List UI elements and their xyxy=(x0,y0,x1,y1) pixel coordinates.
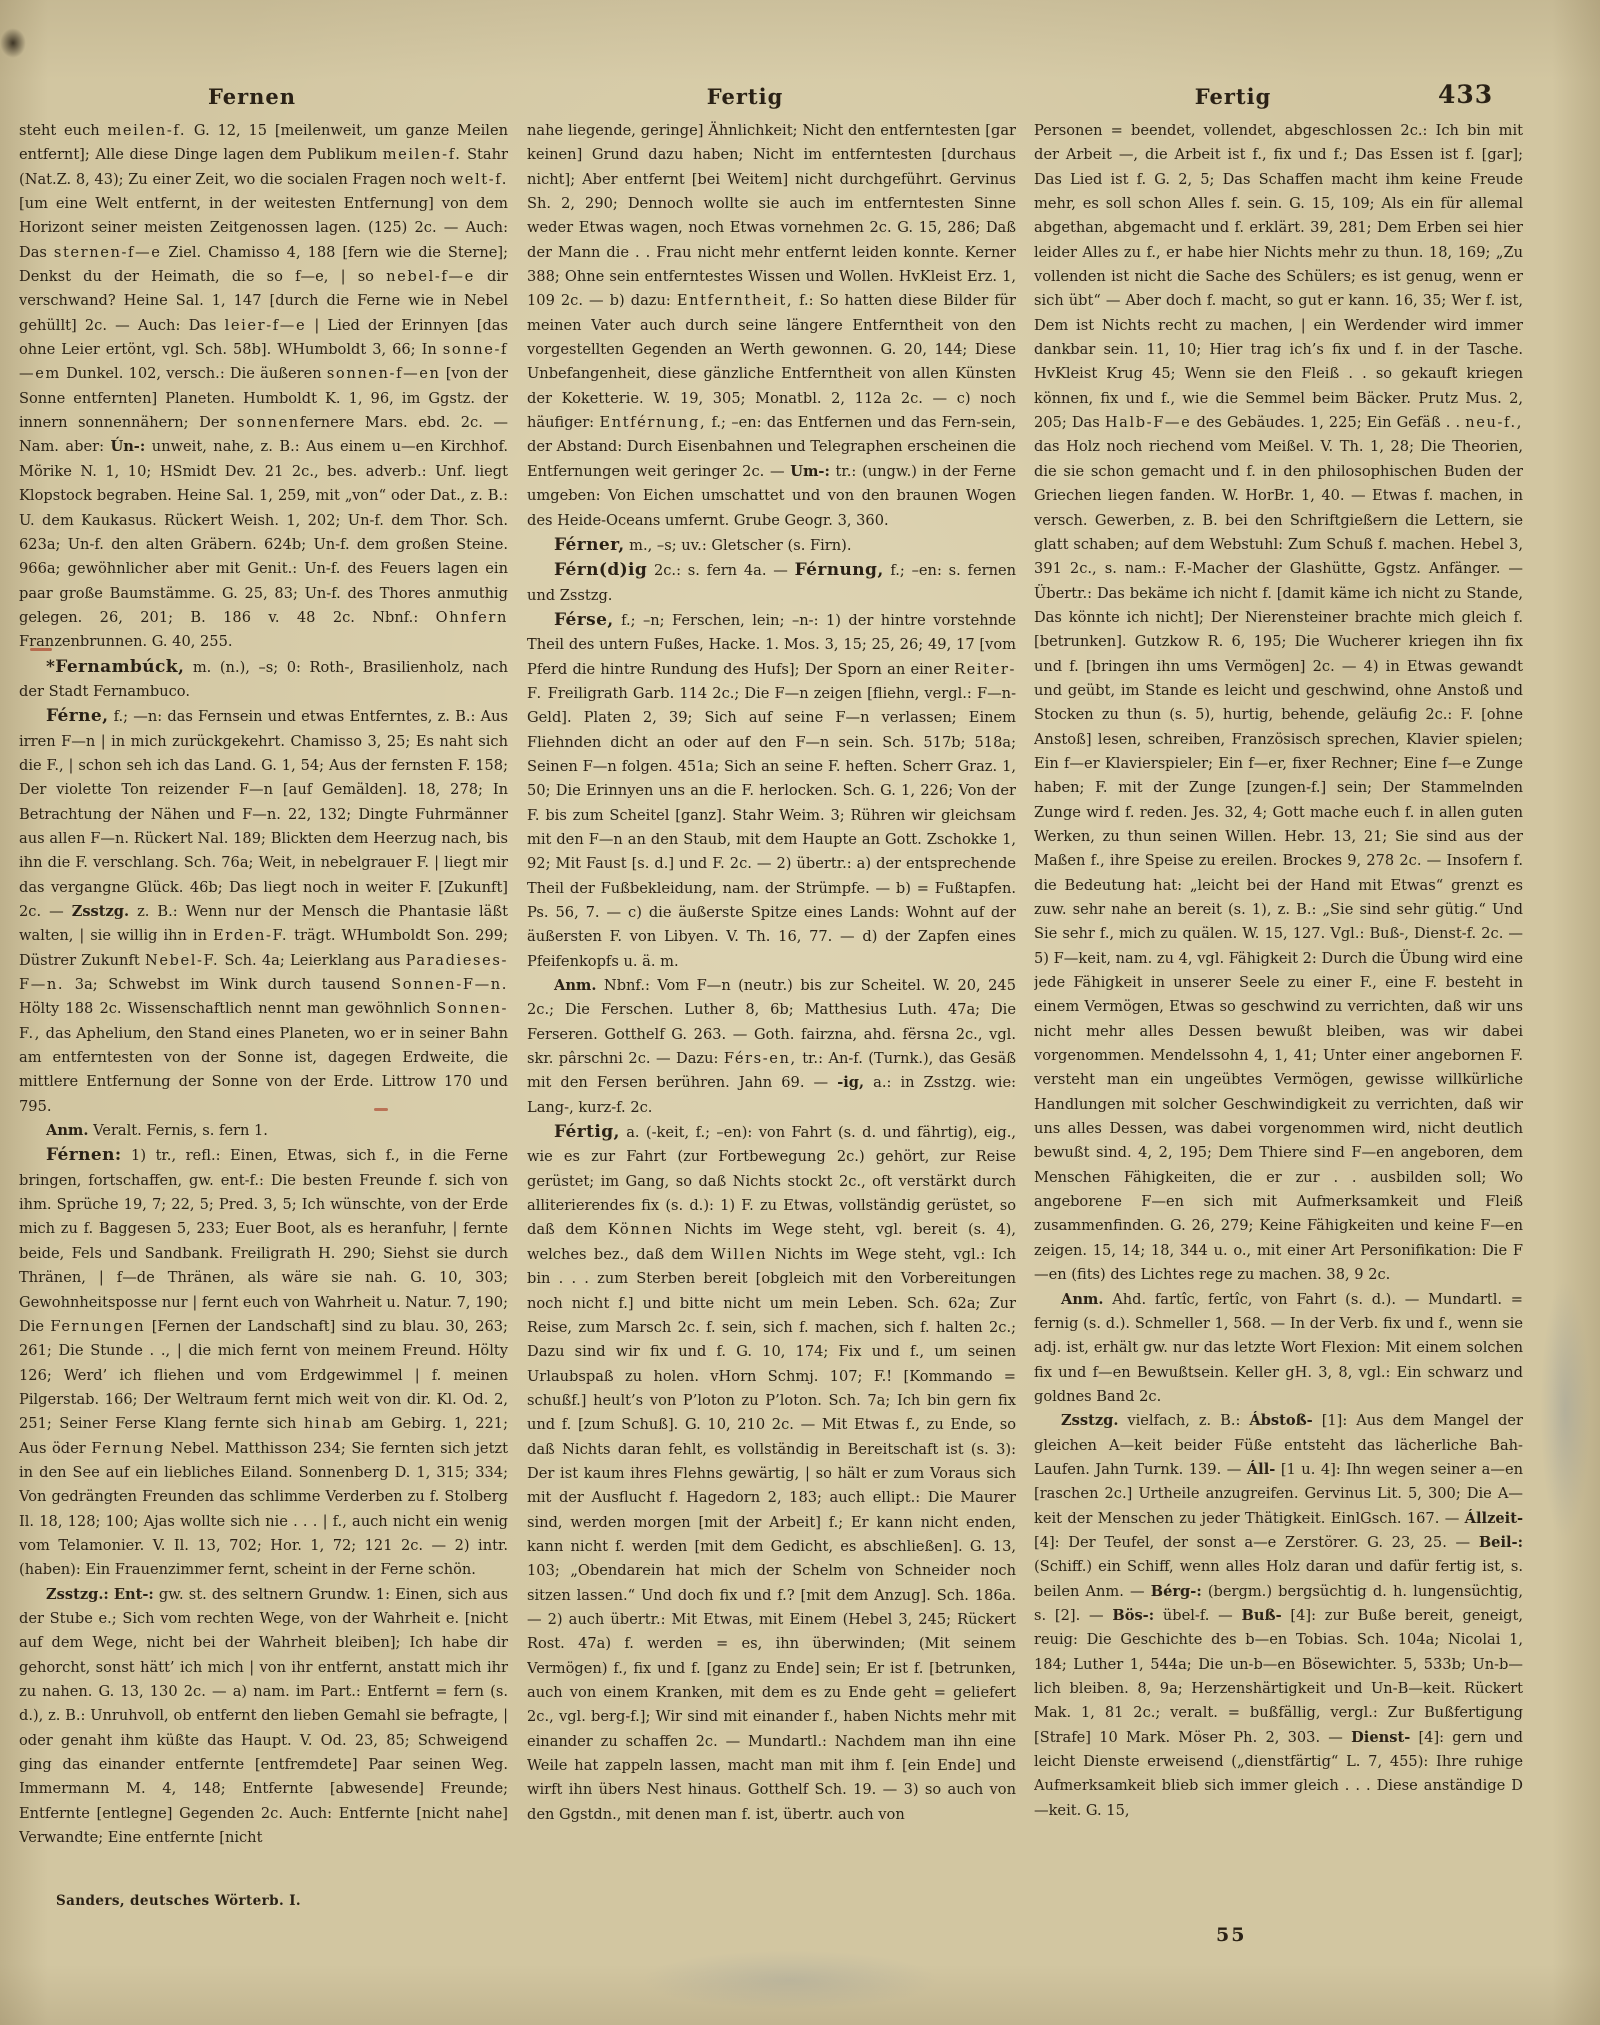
entry-text: Buß- xyxy=(1242,1607,1282,1624)
entry-text: Ún-: xyxy=(110,438,145,455)
entry-text: Entferntheit, xyxy=(677,292,793,309)
entry-text: übel-f. — xyxy=(1154,1607,1241,1624)
dictionary-paragraph: Férne, f.; —n: das Fernsein und etwas En… xyxy=(19,704,508,1119)
entry-text: -ig, xyxy=(837,1074,864,1091)
entry-text: Entférnung, xyxy=(599,414,706,431)
dictionary-paragraph: steht euch meilen-f. G. 12, 15 [meilenwe… xyxy=(19,119,508,655)
printer-signature: Sanders, deutsches Wörterb. I. xyxy=(56,1893,301,1909)
entry-headword: Férner, xyxy=(554,535,625,555)
entry-text: meilen-f. xyxy=(107,122,186,139)
entry-text: meilen-f. xyxy=(383,146,462,163)
entry-text: Hölty 188 2c. Wissenschaftlich nennt man… xyxy=(19,1000,436,1017)
entry-text: leier-f—e xyxy=(225,317,307,334)
entry-text: Nichts im Wege steht, vgl.: Ich bin . . … xyxy=(527,1246,1016,1823)
entry-text: Ahd. fartîc, fertîc, von Fahrt (s. d.). … xyxy=(1034,1291,1523,1405)
entry-text: Nebel-F. xyxy=(145,952,219,969)
entry-text: sternen-f—e xyxy=(54,244,162,261)
entry-text: Personen = beendet, vollendet, abgeschlo… xyxy=(1034,122,1523,431)
entry-text: Erden-F. xyxy=(213,927,288,944)
running-head: Fernen Fertig Fertig 433 xyxy=(0,84,1600,118)
entry-text: Können xyxy=(608,1221,674,1238)
entry-text: f.: So hatten diese Bilder für meinen Va… xyxy=(527,292,1016,431)
entry-text: Halb-F—e xyxy=(1105,414,1192,431)
entry-text: vielfach, z. B.: xyxy=(1118,1412,1249,1429)
entry-text: hinab xyxy=(304,1415,354,1432)
entry-text: Bérg-: xyxy=(1151,1583,1202,1600)
dictionary-paragraph: Férse, f.; –n; Ferschen, lein; –n-: 1) d… xyxy=(527,608,1016,974)
entry-text: 3a; Schwebst im Wink durch tausend xyxy=(64,976,391,993)
paper-stain xyxy=(1540,1280,1590,1540)
entry-text: Veralt. Fernis, s. fern 1. xyxy=(88,1122,267,1139)
dictionary-paragraph: Férnen: 1) tr., refl.: Einen, Etwas, sic… xyxy=(19,1143,508,1582)
entry-text: welt-f. xyxy=(451,171,508,188)
entry-text: Sch. 4a; Leierklang aus xyxy=(219,952,405,969)
entry-text: Zsstzg. xyxy=(1061,1412,1118,1429)
entry-text: Beil-: xyxy=(1479,1534,1523,1551)
entry-text: neu-f., xyxy=(1465,414,1523,431)
entry-text: unweit, nahe, z. B.: Aus einem u—en Kirc… xyxy=(19,438,508,625)
entry-headword: Férse, xyxy=(554,610,614,630)
text-column-1: steht euch meilen-f. G. 12, 15 [meilenwe… xyxy=(19,119,508,1901)
entry-text: Ent-: xyxy=(114,1586,154,1603)
running-head-keyword-left: Fernen xyxy=(208,84,296,109)
entry-text: Dunkel. 102, versch.: Die äußeren xyxy=(61,365,327,382)
entry-headword: Férne, xyxy=(46,706,108,726)
running-head-keyword-center: Fertig xyxy=(707,84,784,109)
entry-text: Anm. xyxy=(554,977,596,994)
entry-headword: Férn(d)ig xyxy=(554,560,647,580)
dictionary-paragraph: Fértig, a. (-keit, f.; –en): von Fahrt (… xyxy=(527,1120,1016,1827)
entry-text: Zsstzg. xyxy=(72,903,129,920)
entry-text: Freiligrath Garb. 114 2c.; Die F—n zeige… xyxy=(527,685,1016,970)
entry-text: das Aphelium, den Stand eines Planeten, … xyxy=(19,1025,508,1115)
entry-text: nebel-f—e xyxy=(386,268,475,285)
text-column-2: nahe liegende, geringe] Ähnlichkeit; Nic… xyxy=(527,119,1016,1901)
paper-stain xyxy=(640,1950,940,2010)
entry-text: das Holz noch riechend vom Meißel. V. Th… xyxy=(1034,438,1523,1283)
paper-stain xyxy=(0,28,26,58)
dictionary-paragraph: Anm. Nbnf.: Vom F—n (neutr.) bis zur Sch… xyxy=(527,974,1016,1120)
dictionary-paragraph: Anm. Veralt. Fernis, s. fern 1. xyxy=(19,1119,508,1143)
entry-text: Ábstoß- xyxy=(1249,1412,1312,1429)
entry-headword: Férnen: xyxy=(46,1145,122,1165)
entry-text: Willen xyxy=(711,1246,767,1263)
entry-text: Franzenbrunnen. G. 40, 255. xyxy=(19,633,233,650)
dictionary-paragraph: Zsstzg. vielfach, z. B.: Ábstoß- [1]: Au… xyxy=(1034,1409,1523,1823)
dictionary-paragraph: Personen = beendet, vollendet, abgeschlo… xyxy=(1034,119,1523,1288)
entry-text: sonnen xyxy=(237,414,300,431)
entry-headword: *Fernambúck, xyxy=(46,657,184,677)
entry-text: f.; —n: das Fernsein und etwas Entfernte… xyxy=(19,708,508,920)
entry-headword: Férnung, xyxy=(795,560,884,580)
sheet-number: 55 xyxy=(1216,1924,1246,1946)
entry-text: Állzeit- xyxy=(1465,1510,1523,1527)
entry-text: Ohnfern xyxy=(436,609,508,626)
entry-text: 1) tr., refl.: Einen, Etwas, sich f., in… xyxy=(19,1147,508,1334)
dictionary-paragraph: *Fernambúck, m. (n.), –s; 0: Roth-, Bras… xyxy=(19,655,508,705)
entry-text: 2c.: s. fern 4a. — xyxy=(647,562,794,579)
entry-text: [4]: Der Teufel, der sonst a—e Zerstörer… xyxy=(1034,1534,1479,1551)
entry-text: Fernungen xyxy=(50,1318,145,1335)
entry-headword: Fértig, xyxy=(554,1122,620,1142)
entry-text: [4]: zur Buße bereit, geneigt, reuig: Di… xyxy=(1034,1607,1523,1746)
dictionary-paragraph: nahe liegende, geringe] Ähnlichkeit; Nic… xyxy=(527,119,1016,533)
entry-text: des Gebäudes. 1, 225; Ein Gefäß . . xyxy=(1191,414,1465,431)
page-number: 433 xyxy=(1438,80,1493,109)
entry-text: gw. st. des seltnern Grundw. 1: Einen, s… xyxy=(19,1586,508,1846)
entry-text: Anm. xyxy=(46,1122,88,1139)
text-column-3: Personen = beendet, vollendet, abgeschlo… xyxy=(1034,119,1523,1901)
entry-text: Anm. xyxy=(1061,1291,1103,1308)
dictionary-paragraph: Anm. Ahd. fartîc, fertîc, von Fahrt (s. … xyxy=(1034,1288,1523,1410)
dictionary-paragraph: Férner, m., –s; uv.: Gletscher (s. Firn)… xyxy=(527,533,1016,558)
running-head-keyword-right: Fertig xyxy=(1195,84,1272,109)
dictionary-page: Fernen Fertig Fertig 433 steht euch meil… xyxy=(0,0,1600,2025)
entry-text: Sonnen-F—n. xyxy=(391,976,508,993)
entry-text: Férs-en, xyxy=(724,1050,797,1067)
entry-text: Um-: xyxy=(790,463,830,480)
entry-text: Fernung xyxy=(91,1440,165,1457)
entry-text: m., –s; uv.: Gletscher (s. Firn). xyxy=(625,537,852,554)
entry-text: steht euch xyxy=(19,122,107,139)
entry-text: sonnen-f—en xyxy=(327,365,441,382)
entry-text: Dienst- xyxy=(1351,1729,1410,1746)
entry-text: Zsstzg.: xyxy=(46,1586,109,1603)
dictionary-paragraph: Zsstzg.: Ent-: gw. st. des seltnern Grun… xyxy=(19,1583,508,1851)
entry-text: Bös-: xyxy=(1112,1607,1154,1624)
entry-text: nahe liegende, geringe] Ähnlichkeit; Nic… xyxy=(527,122,1016,309)
entry-text: Nebel. Matthisson 234; Sie fernten sich … xyxy=(19,1440,508,1579)
dictionary-paragraph: Férn(d)ig 2c.: s. fern 4a. — Férnung, f.… xyxy=(527,558,1016,608)
entry-text: Áll- xyxy=(1247,1461,1275,1478)
